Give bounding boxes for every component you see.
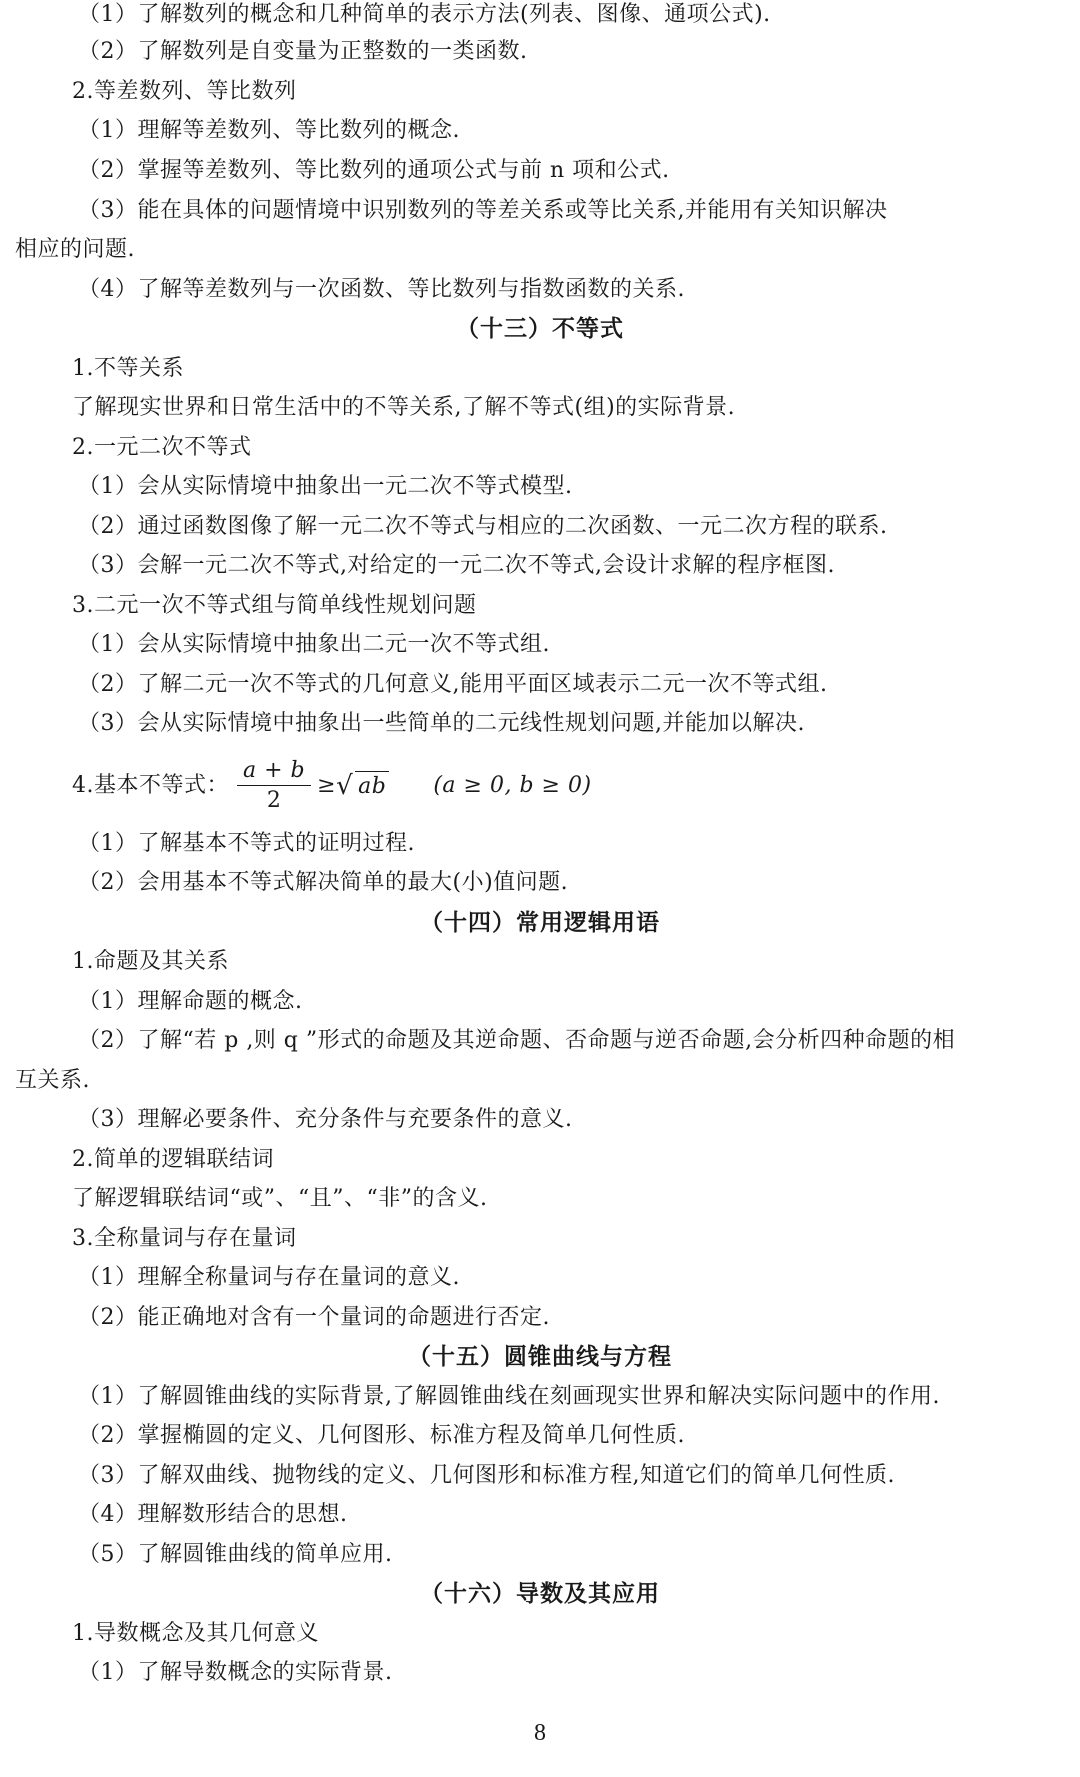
list-item: （1）会从实际情境中抽象出二元一次不等式组.: [0, 630, 1080, 660]
list-item: （3）了解双曲线、抛物线的定义、几何图形和标准方程,知道它们的简单几何性质.: [0, 1461, 1080, 1491]
list-item: （1）会从实际情境中抽象出一元二次不等式模型.: [0, 472, 1080, 502]
list-item: （2）能正确地对含有一个量词的命题进行否定.: [0, 1303, 1080, 1333]
formula-label: 4.基本不等式：: [72, 771, 229, 801]
section-heading: （十四）常用逻辑用语: [0, 908, 1080, 938]
section-heading: （十六）导数及其应用: [0, 1579, 1080, 1609]
fraction-numerator: a + b: [237, 757, 311, 786]
list-item: （3）会解一元二次不等式,对给定的一元二次不等式,会设计求解的程序框图.: [0, 551, 1080, 581]
formula-condition: (a ≥ 0, b ≥ 0): [433, 771, 591, 801]
formula-line: 4.基本不等式： a + b 2 ≥ √ab (a ≥ 0, b ≥ 0): [0, 756, 1080, 816]
sqrt-content: ab: [355, 771, 389, 802]
list-item-continuation: 相应的问题.: [0, 235, 1080, 265]
subsection-title: 3.全称量词与存在量词: [0, 1224, 1080, 1254]
list-item: （2）会用基本不等式解决简单的最大(小)值问题.: [0, 868, 1080, 898]
list-item: （2）了解数列是自变量为正整数的一类函数.: [0, 37, 1080, 67]
list-item: （1）理解全称量词与存在量词的意义.: [0, 1263, 1080, 1293]
paragraph: 了解现实世界和日常生活中的不等关系,了解不等式(组)的实际背景.: [0, 393, 1080, 423]
subsection-title: 1.命题及其关系: [0, 947, 1080, 977]
list-item: （5）了解圆锥曲线的简单应用.: [0, 1540, 1080, 1570]
fraction-denominator: 2: [267, 786, 282, 816]
list-item: （4）理解数形结合的思想.: [0, 1500, 1080, 1530]
subsection-title: 2.简单的逻辑联结词: [0, 1145, 1080, 1175]
page-number: 8: [0, 1720, 1080, 1747]
list-item: （1）了解基本不等式的证明过程.: [0, 829, 1080, 859]
list-item: （2）通过函数图像了解一元二次不等式与相应的二次函数、一元二次方程的联系.: [0, 512, 1080, 542]
list-item: （1）理解等差数列、等比数列的概念.: [0, 116, 1080, 146]
list-item: （1）理解命题的概念.: [0, 987, 1080, 1017]
subsection-title: 1.导数概念及其几何意义: [0, 1619, 1080, 1649]
list-item: （2）了解“若 p ,则 q ”形式的命题及其逆命题、否命题与逆否命题,会分析四…: [0, 1026, 1080, 1056]
fraction: a + b 2: [237, 757, 311, 816]
section-heading: （十三）不等式: [0, 314, 1080, 344]
list-item: （2）掌握椭圆的定义、几何图形、标准方程及简单几何性质.: [0, 1421, 1080, 1451]
list-item: （3）理解必要条件、充分条件与充要条件的意义.: [0, 1105, 1080, 1135]
section-heading: （十五）圆锥曲线与方程: [0, 1342, 1080, 1372]
list-item: （3）会从实际情境中抽象出一些简单的二元线性规划问题,并能加以解决.: [0, 709, 1080, 739]
list-item: （2）了解二元一次不等式的几何意义,能用平面区域表示二元一次不等式组.: [0, 670, 1080, 700]
subsection-title: 1.不等关系: [0, 354, 1080, 384]
relation-symbol: ≥: [317, 771, 336, 801]
list-item: （1）了解圆锥曲线的实际背景,了解圆锥曲线在刻画现实世界和解决实际问题中的作用.: [0, 1382, 1080, 1412]
subsection-title: 3.二元一次不等式组与简单线性规划问题: [0, 591, 1080, 621]
subsection-title: 2.一元二次不等式: [0, 433, 1080, 463]
subsection-title: 2.等差数列、等比数列: [0, 77, 1080, 107]
sqrt-icon: √: [336, 771, 353, 801]
paragraph: 了解逻辑联结词“或”、“且”、“非”的含义.: [0, 1184, 1080, 1214]
list-item: （1）了解数列的概念和几种简单的表示方法(列表、图像、通项公式).: [0, 0, 1080, 30]
list-item: （4）了解等差数列与一次函数、等比数列与指数函数的关系.: [0, 275, 1080, 305]
list-item: （2）掌握等差数列、等比数列的通项公式与前 n 项和公式.: [0, 156, 1080, 186]
list-item: （1）了解导数概念的实际背景.: [0, 1658, 1080, 1688]
list-item: （3）能在具体的问题情境中识别数列的等差关系或等比关系,并能用有关知识解决: [0, 196, 1080, 226]
list-item-continuation: 互关系.: [0, 1066, 1080, 1096]
